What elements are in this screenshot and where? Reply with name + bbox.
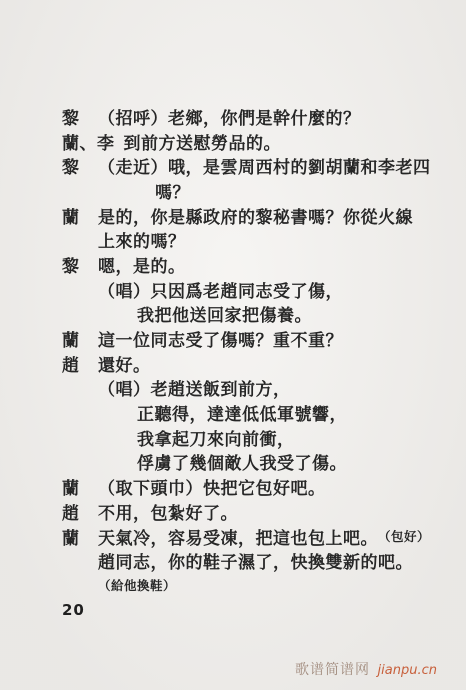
stage-direction-inline: （包好） <box>378 527 430 545</box>
speaker-name: 趙 <box>62 499 98 524</box>
dialogue-text: 上來的嗎？ <box>98 227 186 252</box>
script-line: 趙不用，包紮好了。 <box>62 499 434 524</box>
script-line: 黎嗯，是的。 <box>62 252 434 277</box>
speaker-name: 蘭、李 <box>62 129 124 154</box>
speaker-name: 蘭 <box>62 326 98 351</box>
speaker-name: 趙 <box>62 351 98 376</box>
script-line: 正聽得，達達低低軍號響， <box>62 400 434 425</box>
script-line: 蘭天氣冷，容易受凍，把這也包上吧。（包好） <box>62 524 434 549</box>
dialogue-text: 是的，你是縣政府的黎秘書嗎？你從火線 <box>98 203 413 228</box>
script-line: 蘭、李到前方送慰勞品的。 <box>62 129 434 154</box>
dialogue-text: 嗯，是的。 <box>98 252 186 277</box>
dialogue-text: 這一位同志受了傷嗎？重不重？ <box>98 326 343 351</box>
script-line: 俘虜了幾個敵人我受了傷。 <box>62 450 434 475</box>
speaker-name: 蘭 <box>62 524 98 549</box>
script-line: （唱）只因爲老趙同志受了傷， <box>62 277 434 302</box>
watermark-site-url: jianpu.cn <box>378 663 437 678</box>
script-text-block: 黎（招呼）老鄉，你們是幹什麼的？蘭、李到前方送慰勞品的。黎（走近）哦，是雲周西村… <box>62 104 434 598</box>
script-line: 我把他送回家把傷養。 <box>62 302 434 327</box>
dialogue-text: 天氣冷，容易受凍，把這也包上吧。 <box>98 524 378 549</box>
dialogue-text: 我拿起刀來向前衝， <box>137 425 295 450</box>
book-page: 黎（招呼）老鄉，你們是幹什麼的？蘭、李到前方送慰勞品的。黎（走近）哦，是雲周西村… <box>0 0 466 690</box>
script-line: 我拿起刀來向前衝， <box>62 425 434 450</box>
dialogue-text: （唱）老趙送飯到前方， <box>98 375 291 400</box>
dialogue-text: 嗎？ <box>155 178 190 203</box>
dialogue-text: （唱）只因爲老趙同志受了傷， <box>98 277 343 302</box>
dialogue-text: 俘虜了幾個敵人我受了傷。 <box>137 449 347 474</box>
page-number: 20 <box>62 601 85 619</box>
dialogue-text: 不用，包紮好了。 <box>98 499 238 524</box>
dialogue-text: （給他換鞋） <box>98 576 176 594</box>
script-line: 黎（走近）哦，是雲周西村的劉胡蘭和李老四 <box>62 153 434 178</box>
dialogue-text: 到前方送慰勞品的。 <box>124 129 282 154</box>
script-line: （唱）老趙送飯到前方， <box>62 376 434 401</box>
dialogue-text: 趙同志，你的鞋子濕了，快換雙新的吧。 <box>98 548 413 573</box>
dialogue-text: （走近）哦，是雲周西村的劉胡蘭和李老四 <box>98 153 431 178</box>
script-line: 蘭這一位同志受了傷嗎？重不重？ <box>62 326 434 351</box>
dialogue-text: 正聽得，達達低低軍號響， <box>137 400 347 425</box>
speaker-name: 蘭 <box>62 203 98 228</box>
script-line: 嗎？ <box>62 178 434 203</box>
script-line: （給他換鞋） <box>62 573 434 598</box>
dialogue-text: 還好。 <box>98 351 151 376</box>
speaker-name: 黎 <box>62 252 98 277</box>
script-line: 趙還好。 <box>62 351 434 376</box>
dialogue-text: 我把他送回家把傷養。 <box>137 301 312 326</box>
speaker-name: 黎 <box>62 153 98 178</box>
speaker-name: 蘭 <box>62 474 98 499</box>
watermark: 歌谱简谱网 jianpu.cn <box>295 659 437 679</box>
script-line: 蘭是的，你是縣政府的黎秘書嗎？你從火線 <box>62 203 434 228</box>
script-line: 黎（招呼）老鄉，你們是幹什麼的？ <box>62 104 434 129</box>
speaker-name: 黎 <box>62 104 98 129</box>
watermark-site-name: 歌谱简谱网 <box>295 663 370 678</box>
dialogue-text: （取下頭巾）快把它包好吧。 <box>98 474 326 499</box>
dialogue-text: （招呼）老鄉，你們是幹什麼的？ <box>98 104 361 129</box>
script-line: 上來的嗎？ <box>62 227 434 252</box>
script-line: 趙同志，你的鞋子濕了，快換雙新的吧。 <box>62 548 434 573</box>
script-line: 蘭（取下頭巾）快把它包好吧。 <box>62 474 434 499</box>
